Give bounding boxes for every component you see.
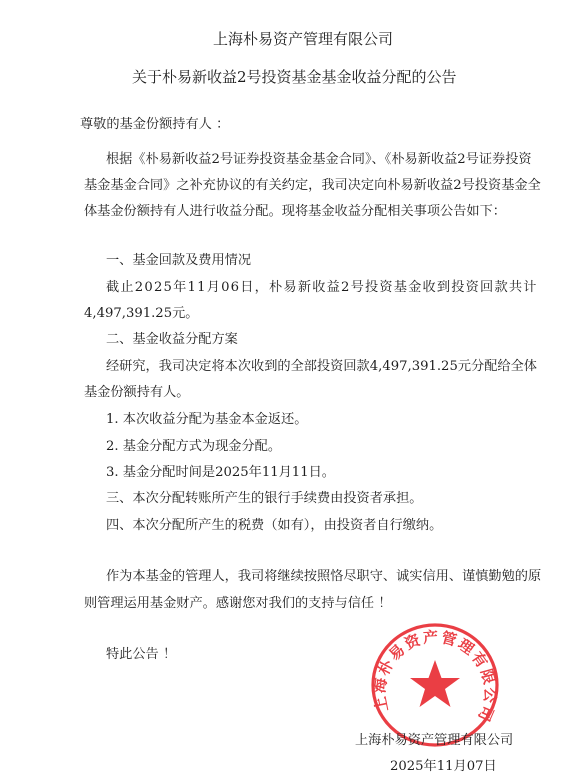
intro-line-1: 根据《朴易新收益2号证券投资基金基金合同》、《朴易新收益2号证券投资 xyxy=(106,152,532,168)
section4: 四、本次分配所产生的税费（如有），由投资者自行缴纳。 xyxy=(106,518,442,534)
section2-item-1: 1. 本次收益分配为基金本金返还。 xyxy=(106,412,307,428)
notice: 特此公告 ！ xyxy=(106,647,176,663)
intro-line-2: 基金基金合同》之补充协议的有关约定，我司决定向朴易新收益2号投资基金全 xyxy=(84,178,541,194)
signature-date: 2025年11月07日 xyxy=(390,755,497,774)
closing-line-2: 则管理运用基金财产。感谢您对我们的支持与信任 ！ xyxy=(84,596,392,612)
announcement-title: 关于朴易新收益2号投资基金基金收益分配的公告 xyxy=(132,69,457,85)
section2-line-2: 基金份额持有人。 xyxy=(84,385,190,401)
section3: 三、本次分配转账所产生的银行手续费由投资者承担。 xyxy=(106,491,423,507)
section1-line-2: 4,497,391.25元。 xyxy=(84,306,198,322)
company-header: 上海朴易资产管理有限公司 xyxy=(213,31,393,47)
closing-line-1: 作为本基金的管理人，我司将继续按照恪尽职守、诚实信用、谨慎勤勉的原 xyxy=(106,569,541,585)
salutation: 尊敬的基金份额持有人 ： xyxy=(80,117,229,133)
section2-item-2: 2. 基金分配方式为现金分配。 xyxy=(106,439,281,455)
section1-heading: 一、基金回款及费用情况 xyxy=(106,253,251,269)
signature-company: 上海朴易资产管理有限公司 xyxy=(355,729,513,748)
section2-item-3: 3. 基金分配时间是2025年11月11日。 xyxy=(106,465,335,481)
section2-heading: 二、基金收益分配方案 xyxy=(106,332,238,348)
section2-line-1: 经研究，我司决定将本次收到的全部投资回款4,497,391.25元分配给全体 xyxy=(106,359,537,375)
svg-text:上海朴易资产管理有限公司: 上海朴易资产管理有限公司 xyxy=(370,628,499,726)
section1-line-1: 截止2025年11月06日，朴易新收益2号投资基金收到投资回款共计 xyxy=(106,280,538,296)
intro-line-3: 体基金份额持有人进行收益分配。现将基金收益分配相关事项公告如下： xyxy=(84,204,506,220)
